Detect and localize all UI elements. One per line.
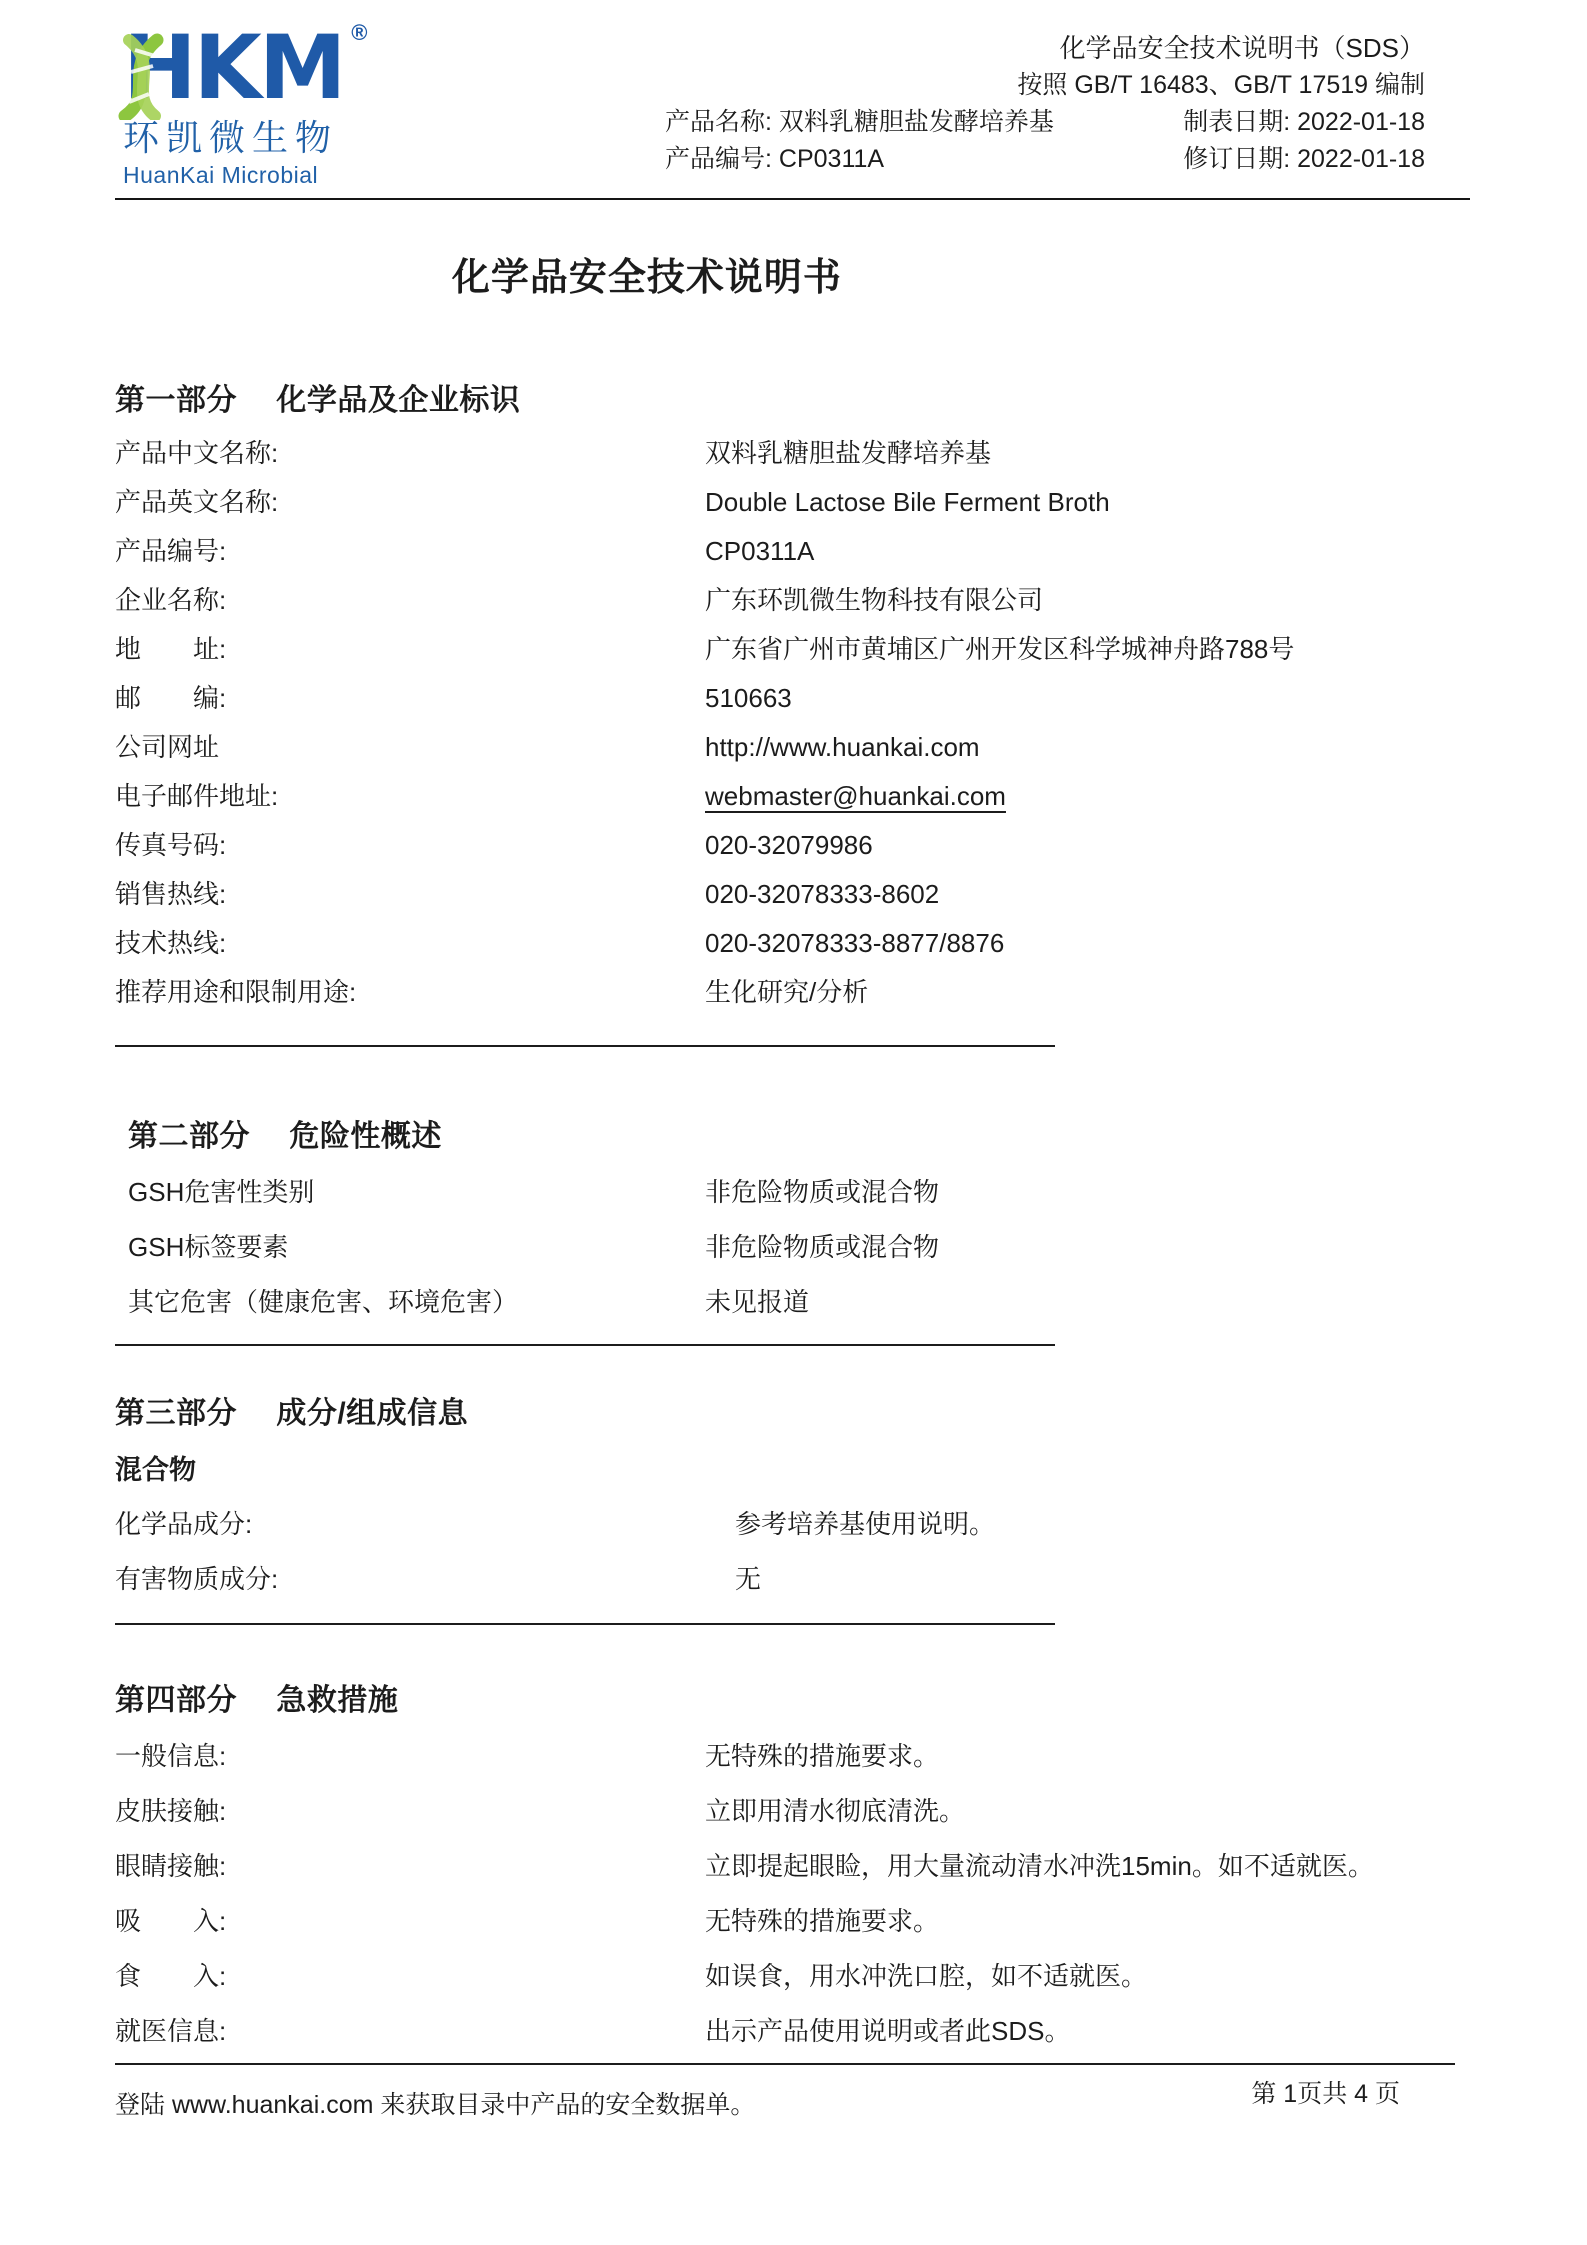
standard-note-line: 按照 GB/T 16483、GB/T 17519 编制 (115, 67, 1425, 104)
field-row: 地 址:广东省广州市黄埔区广州开发区科学城神舟路788号 (115, 625, 1470, 674)
field-row: 推荐用途和限制用途:生化研究/分析 (115, 968, 1470, 1017)
revised-date: 修订日期: 2022-01-18 (1183, 145, 1425, 173)
field-value: CP0311A (705, 527, 814, 576)
field-label: 传真号码: (115, 821, 705, 870)
section-divider (115, 1344, 1055, 1346)
field-value: 非危险物质或混合物 (705, 1220, 939, 1275)
field-value: 无特殊的措施要求。 (705, 1894, 939, 1949)
footer-note: 登陆 www.huankai.com 来获取目录中产品的安全数据单。 (115, 2085, 755, 2121)
field-row: GSH危害性类别非危险物质或混合物 (128, 1165, 1470, 1220)
footer-divider (115, 2063, 1455, 2065)
product-code-date-line: 产品编号: CP0311A 修订日期: 2022-01-18 (115, 141, 1425, 178)
field-label: 产品编号: (115, 527, 705, 576)
created-date: 制表日期: 2022-01-18 (1183, 108, 1425, 136)
section-divider (115, 1623, 1055, 1625)
field-label: 其它危害（健康危害、环境危害） (128, 1275, 705, 1330)
field-label: 产品中文名称: (115, 429, 705, 478)
field-label: 电子邮件地址: (115, 772, 705, 821)
field-label: 皮肤接触: (115, 1784, 705, 1839)
header-product-code: 产品编号: CP0311A (665, 141, 884, 178)
field-row: 食 入:如误食，用水冲洗口腔，如不适就医。 (115, 1949, 1470, 2004)
field-label: 就医信息: (115, 2004, 705, 2059)
field-label: 公司网址 (115, 723, 705, 772)
field-value: 广东环凯微生物科技有限公司 (705, 576, 1043, 625)
header-info-block: 化学品安全技术说明书（SDS） 按照 GB/T 16483、GB/T 17519… (115, 30, 1425, 178)
field-row: 邮 编:510663 (115, 674, 1470, 723)
field-value: 020-32078333-8877/8876 (705, 919, 1004, 968)
section-divider (115, 1045, 1055, 1047)
field-row: 皮肤接触:立即用清水彻底清洗。 (115, 1784, 1470, 1839)
field-value: 立即提起眼睑，用大量流动清水冲洗15min。如不适就医。 (705, 1839, 1374, 1894)
section-heading: 第一部分 化学品及企业标识 (115, 375, 1470, 419)
field-row: 化学品成分:参考培养基使用说明。 (115, 1497, 1470, 1552)
field-row: 公司网址http://www.huankai.com (115, 723, 1470, 772)
section-identification: 第一部分 化学品及企业标识 产品中文名称:双料乳糖胆盐发酵培养基 产品英文名称:… (115, 375, 1470, 1047)
field-value: 广东省广州市黄埔区广州开发区科学城神舟路788号 (705, 625, 1294, 674)
field-label: 推荐用途和限制用途: (115, 968, 705, 1017)
field-row: 产品编号:CP0311A (115, 527, 1470, 576)
field-row: GSH标签要素非危险物质或混合物 (128, 1220, 1470, 1275)
field-row: 传真号码:020-32079986 (115, 821, 1470, 870)
doc-type-line: 化学品安全技术说明书（SDS） (115, 30, 1425, 67)
website-value: http://www.huankai.com (705, 723, 980, 772)
field-row: 电子邮件地址:webmaster@huankai.com (115, 772, 1470, 821)
field-label: 有害物质成分: (115, 1552, 735, 1607)
field-label: 产品英文名称: (115, 478, 705, 527)
field-value: 020-32079986 (705, 821, 873, 870)
field-value: 如误食，用水冲洗口腔，如不适就医。 (705, 1949, 1147, 2004)
section-hazards: 第二部分 危险性概述 GSH危害性类别非危险物质或混合物 GSH标签要素非危险物… (115, 1111, 1470, 1346)
header-divider (115, 198, 1470, 200)
section-heading: 第二部分 危险性概述 (115, 1111, 1470, 1155)
field-row: 就医信息:出示产品使用说明或者此SDS。 (115, 2004, 1470, 2059)
section-first-aid: 第四部分 急救措施 一般信息:无特殊的措施要求。 皮肤接触:立即用清水彻底清洗。… (115, 1675, 1470, 2059)
section-heading: 第四部分 急救措施 (115, 1675, 1470, 1719)
field-value: 出示产品使用说明或者此SDS。 (705, 2004, 1070, 2059)
field-value: 立即用清水彻底清洗。 (705, 1784, 965, 1839)
header-product-name: 产品名称: 双料乳糖胆盐发酵培养基 (665, 104, 1054, 141)
field-value: 参考培养基使用说明。 (735, 1497, 995, 1552)
product-name-date-line: 产品名称: 双料乳糖胆盐发酵培养基 制表日期: 2022-01-18 (115, 104, 1425, 141)
field-label: 吸 入: (115, 1894, 705, 1949)
field-value: 双料乳糖胆盐发酵培养基 (705, 429, 991, 478)
field-row: 企业名称:广东环凯微生物科技有限公司 (115, 576, 1470, 625)
field-label: 地 址: (115, 625, 705, 674)
field-value: 未见报道 (705, 1275, 809, 1330)
field-label: 企业名称: (115, 576, 705, 625)
document-header: HKM ® 环凯微生物 HuanKai Microbial 化学品安全技术说明书… (115, 0, 1470, 200)
field-label: 一般信息: (115, 1729, 705, 1784)
field-label: 技术热线: (115, 919, 705, 968)
field-label: 化学品成分: (115, 1497, 735, 1552)
field-value: 生化研究/分析 (705, 968, 868, 1017)
field-row: 销售热线:020-32078333-8602 (115, 870, 1470, 919)
section-subheading: 混合物 (115, 1448, 1470, 1487)
field-row: 一般信息:无特殊的措施要求。 (115, 1729, 1470, 1784)
section-composition: 第三部分 成分/组成信息 混合物 化学品成分:参考培养基使用说明。 有害物质成分… (115, 1388, 1470, 1625)
page-title: 化学品安全技术说明书 (115, 246, 1179, 301)
field-value: 无 (735, 1552, 761, 1607)
field-value: 020-32078333-8602 (705, 870, 939, 919)
field-label: 食 入: (115, 1949, 705, 2004)
field-label: GSH危害性类别 (128, 1165, 705, 1220)
field-row: 眼睛接触:立即提起眼睑，用大量流动清水冲洗15min。如不适就医。 (115, 1839, 1470, 1894)
page-indicator: 第 1页共 4 页 (1251, 2074, 1400, 2110)
field-value: 510663 (705, 674, 792, 723)
section-heading: 第三部分 成分/组成信息 (115, 1388, 1470, 1432)
field-row: 产品中文名称:双料乳糖胆盐发酵培养基 (115, 429, 1470, 478)
page-footer: 登陆 www.huankai.com 来获取目录中产品的安全数据单。 第 1页共… (115, 2063, 1470, 2065)
field-value: Double Lactose Bile Ferment Broth (705, 478, 1110, 527)
field-value: 非危险物质或混合物 (705, 1165, 939, 1220)
field-row: 吸 入:无特殊的措施要求。 (115, 1894, 1470, 1949)
field-row: 技术热线:020-32078333-8877/8876 (115, 919, 1470, 968)
field-row: 其它危害（健康危害、环境危害）未见报道 (128, 1275, 1470, 1330)
field-row: 产品英文名称:Double Lactose Bile Ferment Broth (115, 478, 1470, 527)
field-row: 有害物质成分:无 (115, 1552, 1470, 1607)
field-label: GSH标签要素 (128, 1220, 705, 1275)
field-label: 眼睛接触: (115, 1839, 705, 1894)
field-label: 销售热线: (115, 870, 705, 919)
sds-document-page: HKM ® 环凯微生物 HuanKai Microbial 化学品安全技术说明书… (0, 0, 1587, 2245)
field-value: 无特殊的措施要求。 (705, 1729, 939, 1784)
email-link[interactable]: webmaster@huankai.com (705, 772, 1006, 821)
field-label: 邮 编: (115, 674, 705, 723)
